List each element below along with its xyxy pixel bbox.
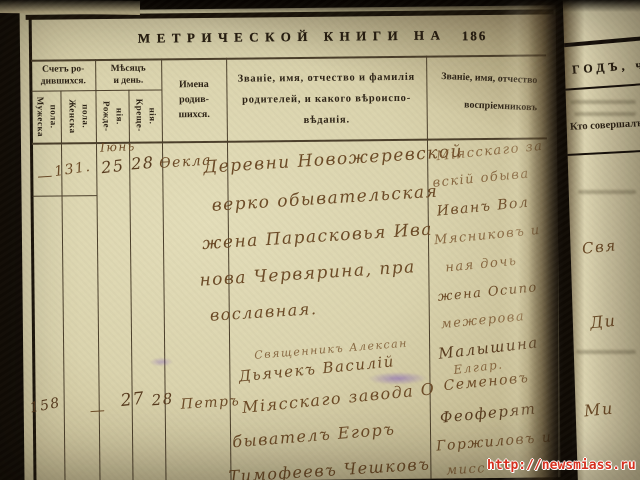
right-frame-top	[560, 36, 640, 47]
metrical-book-photo: МЕТРИЧЕСКОЙ КНИГИ НА 186 Счетъ ро- дивши…	[0, 0, 640, 480]
page-title-year: 186	[462, 28, 488, 44]
row1-male-count: —	[37, 166, 55, 185]
bleedthrough-mark	[570, 100, 636, 104]
right-page-officiant-header: Кто совершалъ	[570, 118, 640, 133]
page-title: МЕТРИЧЕСКОЙ КНИГИ НА	[138, 27, 447, 46]
bleedthrough-mark	[574, 112, 636, 116]
row1-birth-day: 25	[100, 156, 125, 178]
header-count-group: Счетъ ро- дившихся.	[31, 60, 95, 91]
right-header-line-2	[566, 150, 640, 155]
header-baptism: Креще- нія.	[130, 90, 161, 140]
right-page-entry: Ди	[589, 311, 617, 333]
row2-baptism-day: 28	[151, 390, 174, 410]
row2-godparents-line: мисс	[446, 461, 487, 478]
bleedthrough-mark	[578, 190, 636, 194]
top-shadow	[0, 0, 640, 12]
right-page-year-header: ГОДЪ, ч	[572, 57, 640, 77]
header-male: Мужеска пола.	[32, 92, 61, 142]
right-header-line	[564, 83, 640, 90]
header-parents: Званіе, имя, отчество и фамилія родителе…	[228, 59, 425, 139]
header-names: Имена родив- шихся.	[162, 59, 226, 140]
right-page-entry: Ми	[583, 399, 615, 421]
row2-female-count: —	[89, 401, 107, 420]
right-page-entry: Свя	[581, 236, 617, 258]
header-female: Женска пола.	[62, 91, 95, 141]
bleedthrough-mark	[576, 350, 636, 354]
row2-birth-day: 27	[120, 388, 147, 411]
site-watermark: http://newsmiass.ru	[487, 458, 636, 473]
header-month-group: Мѣсяцъ и день.	[96, 59, 160, 90]
row1-month: Іюнь	[100, 139, 136, 155]
header-birth: Рожде- нія.	[97, 91, 128, 141]
row1-baptism-day: 28	[130, 153, 155, 174]
